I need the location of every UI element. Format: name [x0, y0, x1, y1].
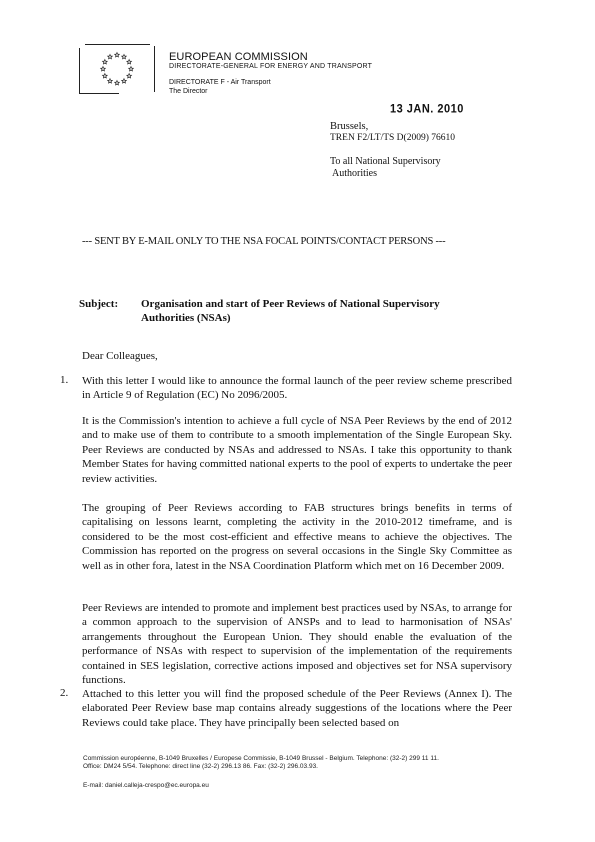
subject-line-2: Authorities (NSAs) [141, 312, 231, 324]
paragraph-number: 1. [60, 374, 68, 386]
paragraph: With this letter I would like to announc… [82, 374, 512, 403]
recipient-line-1: To all National Supervisory [330, 156, 441, 167]
paragraph-number: 2. [60, 687, 68, 699]
reference-number: TREN F2/LT/TS D(2009) 76610 [330, 133, 455, 143]
directorate-general: DIRECTORATE-GENERAL FOR ENERGY AND TRANS… [169, 63, 372, 70]
footer-email[interactable]: E-mail: daniel.calleja-crespo@ec.europa.… [83, 782, 209, 789]
paragraph: The grouping of Peer Reviews according t… [82, 501, 512, 573]
subject-label: Subject: [79, 298, 141, 310]
date-stamp: 13 JAN. 2010 [390, 102, 464, 115]
subject-line-1: Organisation and start of Peer Reviews o… [141, 298, 440, 310]
subject: Subject:Organisation and start of Peer R… [79, 298, 440, 310]
recipient-line-2: Authorities [332, 168, 377, 179]
directorate: DIRECTORATE F - Air Transport [169, 79, 271, 86]
footer-address: Commission européenne, B-1049 Bruxelles … [83, 755, 439, 762]
signatory-role: The Director [169, 88, 208, 95]
paragraph: It is the Commission's intention to achi… [82, 414, 512, 486]
greeting: Dear Colleagues, [82, 350, 158, 362]
eu-flag-logo [79, 44, 150, 94]
city: Brussels, [330, 121, 368, 132]
paragraph: Attached to this letter you will find th… [82, 687, 512, 730]
organisation-name: EUROPEAN COMMISSION [169, 51, 308, 63]
paragraph: Peer Reviews are intended to promote and… [82, 601, 512, 687]
distribution-banner: --- SENT BY E-MAIL ONLY TO THE NSA FOCAL… [82, 236, 445, 247]
eu-flag-icon [79, 44, 155, 94]
footer-office: Office: DM24 5/54. Telephone: direct lin… [83, 763, 318, 770]
